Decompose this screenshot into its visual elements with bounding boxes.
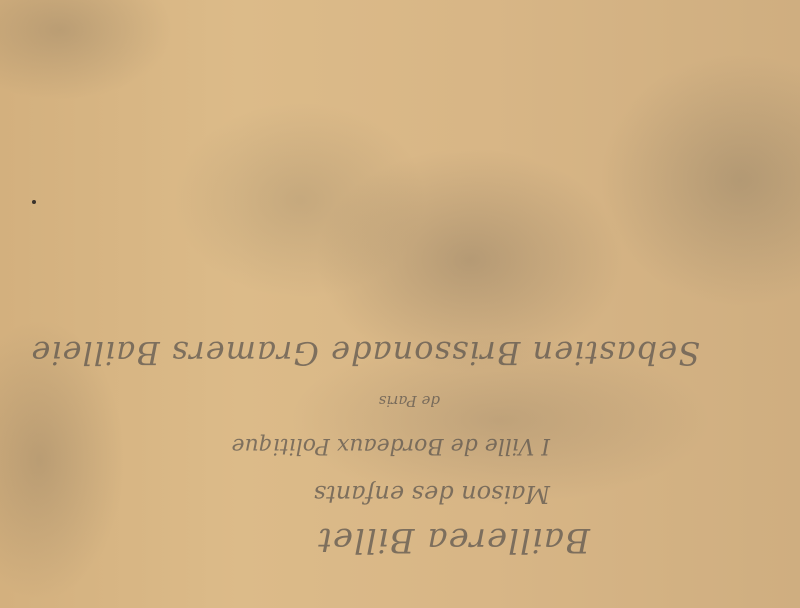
inscription-line-5: Sebastien Brissonade Gramers Bailleie	[30, 334, 700, 372]
inscription-line-2: Maison des enfants	[314, 480, 550, 508]
pencil-inscription: Baillerea Billet Maison des enfants I Vi…	[0, 0, 800, 608]
paper-sheet: Baillerea Billet Maison des enfants I Vi…	[0, 0, 800, 608]
inscription-line-3: I Ville de Bordeaux Politique	[232, 433, 551, 458]
inscription-line-4: de Paris	[379, 392, 440, 410]
inscription-line-1: Baillerea Billet	[317, 520, 590, 560]
